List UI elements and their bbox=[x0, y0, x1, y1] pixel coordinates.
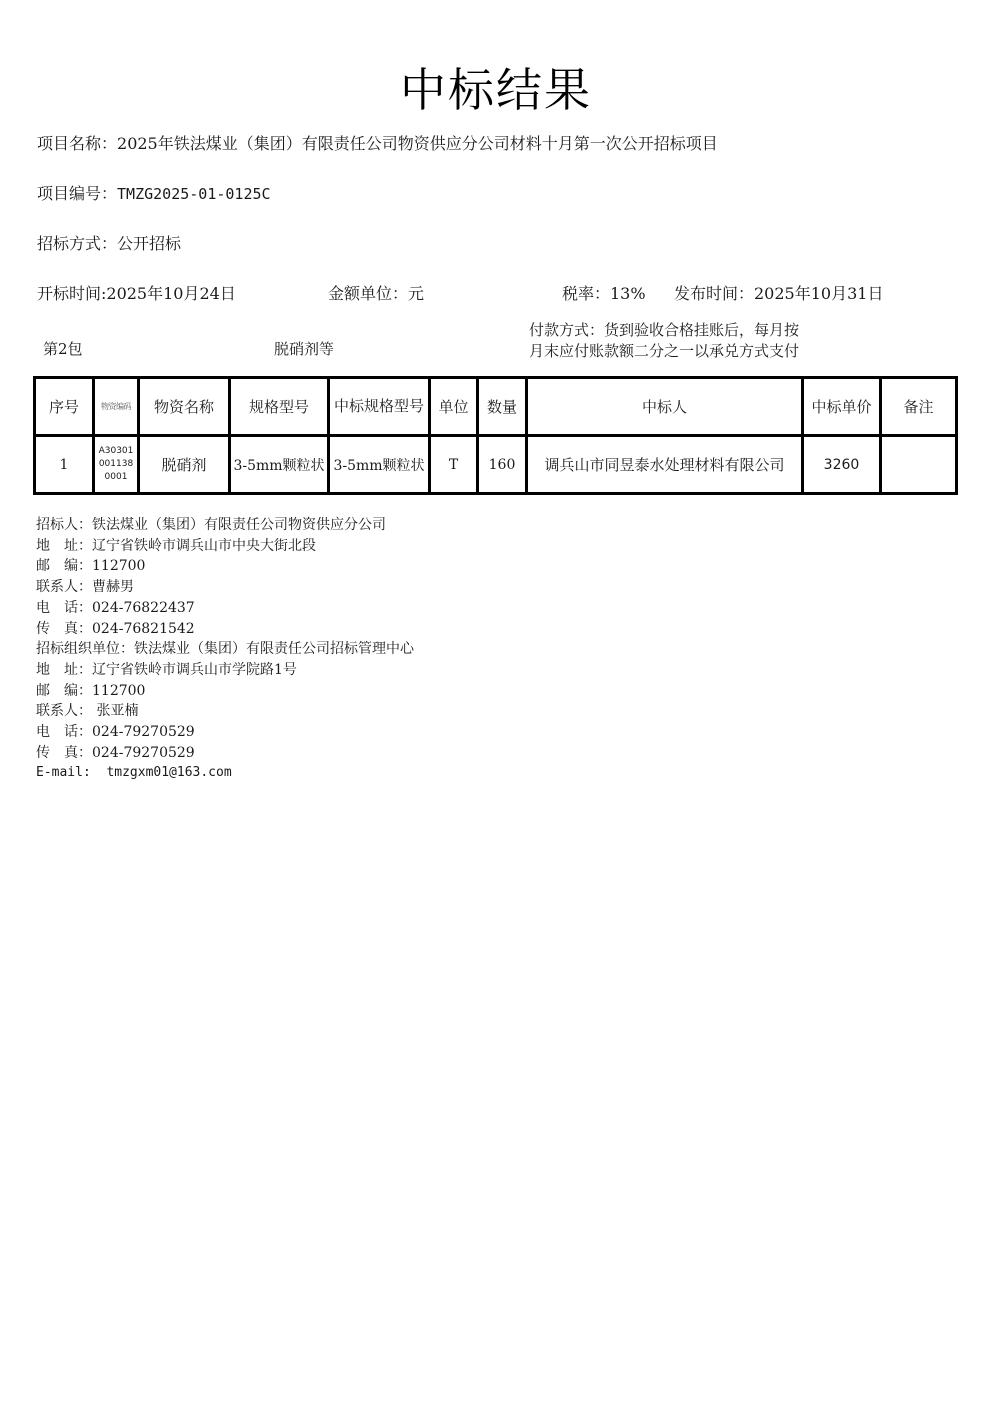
project-number-value: TMZG2025-01-0125C bbox=[117, 185, 271, 203]
table-header-row: 序号 物资编码 物资名称 规格型号 中标规格型号 单位 数量 中标人 中标单价 … bbox=[35, 378, 957, 436]
project-number-label: 项目编号： bbox=[37, 184, 117, 203]
package-goods: 脱硝剂等 bbox=[274, 339, 334, 359]
agency-phone: 电 话：024-79270529 bbox=[36, 722, 414, 743]
agency-contact: 联系人： 张亚楠 bbox=[36, 701, 414, 722]
col-header-qty: 数量 bbox=[478, 378, 527, 436]
tenderer-postcode: 邮 编：112700 bbox=[36, 556, 414, 577]
tender-method-value: 公开招标 bbox=[117, 234, 181, 253]
col-header-unit: 单位 bbox=[430, 378, 478, 436]
col-header-remark: 备注 bbox=[881, 378, 957, 436]
agency-fax: 传 真：024-79270529 bbox=[36, 743, 414, 764]
tenderer-phone: 电 话：024-76822437 bbox=[36, 598, 414, 619]
col-header-name: 物资名称 bbox=[139, 378, 230, 436]
agency-postcode: 邮 编：112700 bbox=[36, 681, 414, 702]
cell-remark bbox=[881, 436, 957, 494]
cell-no: 1 bbox=[35, 436, 94, 494]
cell-winner: 调兵山市同昱泰水处理材料有限公司 bbox=[527, 436, 803, 494]
page-title: 中标结果 bbox=[0, 58, 992, 122]
cell-spec: 3-5mm颗粒状 bbox=[230, 436, 329, 494]
project-name-value: 2025年铁法煤业（集团）有限责任公司物资供应分公司材料十月第一次公开招标项目 bbox=[117, 134, 718, 153]
tenderer-contact: 联系人：曹赫男 bbox=[36, 577, 414, 598]
package-label: 第2包 bbox=[43, 339, 83, 359]
project-name-line: 项目名称：2025年铁法煤业（集团）有限责任公司物资供应分公司材料十月第一次公开… bbox=[37, 134, 718, 154]
col-header-code: 物资编码 bbox=[94, 378, 139, 436]
payment-terms: 付款方式：货到验收合格挂账后，每月按月末应付账款额二分之一以承兑方式支付 bbox=[529, 320, 804, 376]
open-time: 开标时间:2025年10月24日 bbox=[37, 284, 236, 304]
publish-time: 发布时间：2025年10月31日 bbox=[674, 284, 883, 304]
tax-rate: 税率：13% bbox=[562, 284, 646, 304]
agency-email: E-mail: tmzgxm01@163.com bbox=[36, 763, 414, 784]
cell-code: A303010011380001 bbox=[94, 436, 139, 494]
cell-unit: T bbox=[430, 436, 478, 494]
col-header-spec: 规格型号 bbox=[230, 378, 329, 436]
agency: 招标组织单位：铁法煤业（集团）有限责任公司招标管理中心 bbox=[36, 639, 414, 660]
tenderer: 招标人：铁法煤业（集团）有限责任公司物资供应分公司 bbox=[36, 515, 414, 536]
currency-unit: 金额单位：元 bbox=[328, 284, 424, 304]
cell-qty: 160 bbox=[478, 436, 527, 494]
project-number-line: 项目编号：TMZG2025-01-0125C bbox=[37, 184, 271, 204]
col-header-won-spec: 中标规格型号 bbox=[329, 378, 430, 436]
col-header-price: 中标单价 bbox=[803, 378, 881, 436]
col-header-winner: 中标人 bbox=[527, 378, 803, 436]
cell-won-spec: 3-5mm颗粒状 bbox=[329, 436, 430, 494]
project-name-label: 项目名称： bbox=[37, 134, 117, 153]
tender-method-line: 招标方式：公开招标 bbox=[37, 234, 181, 254]
col-header-no: 序号 bbox=[35, 378, 94, 436]
agency-address: 地 址：辽宁省铁岭市调兵山市学院路1号 bbox=[36, 660, 414, 681]
tenderer-address: 地 址：辽宁省铁岭市调兵山市中央大街北段 bbox=[36, 536, 414, 557]
tender-method-label: 招标方式： bbox=[37, 234, 117, 253]
contact-block: 招标人：铁法煤业（集团）有限责任公司物资供应分公司 地 址：辽宁省铁岭市调兵山市… bbox=[36, 515, 414, 784]
award-table: 序号 物资编码 物资名称 规格型号 中标规格型号 单位 数量 中标人 中标单价 … bbox=[33, 376, 958, 495]
tenderer-fax: 传 真：024-76821542 bbox=[36, 619, 414, 640]
cell-price: 3260 bbox=[803, 436, 881, 494]
cell-name: 脱硝剂 bbox=[139, 436, 230, 494]
table-row: 1 A303010011380001 脱硝剂 3-5mm颗粒状 3-5mm颗粒状… bbox=[35, 436, 957, 494]
